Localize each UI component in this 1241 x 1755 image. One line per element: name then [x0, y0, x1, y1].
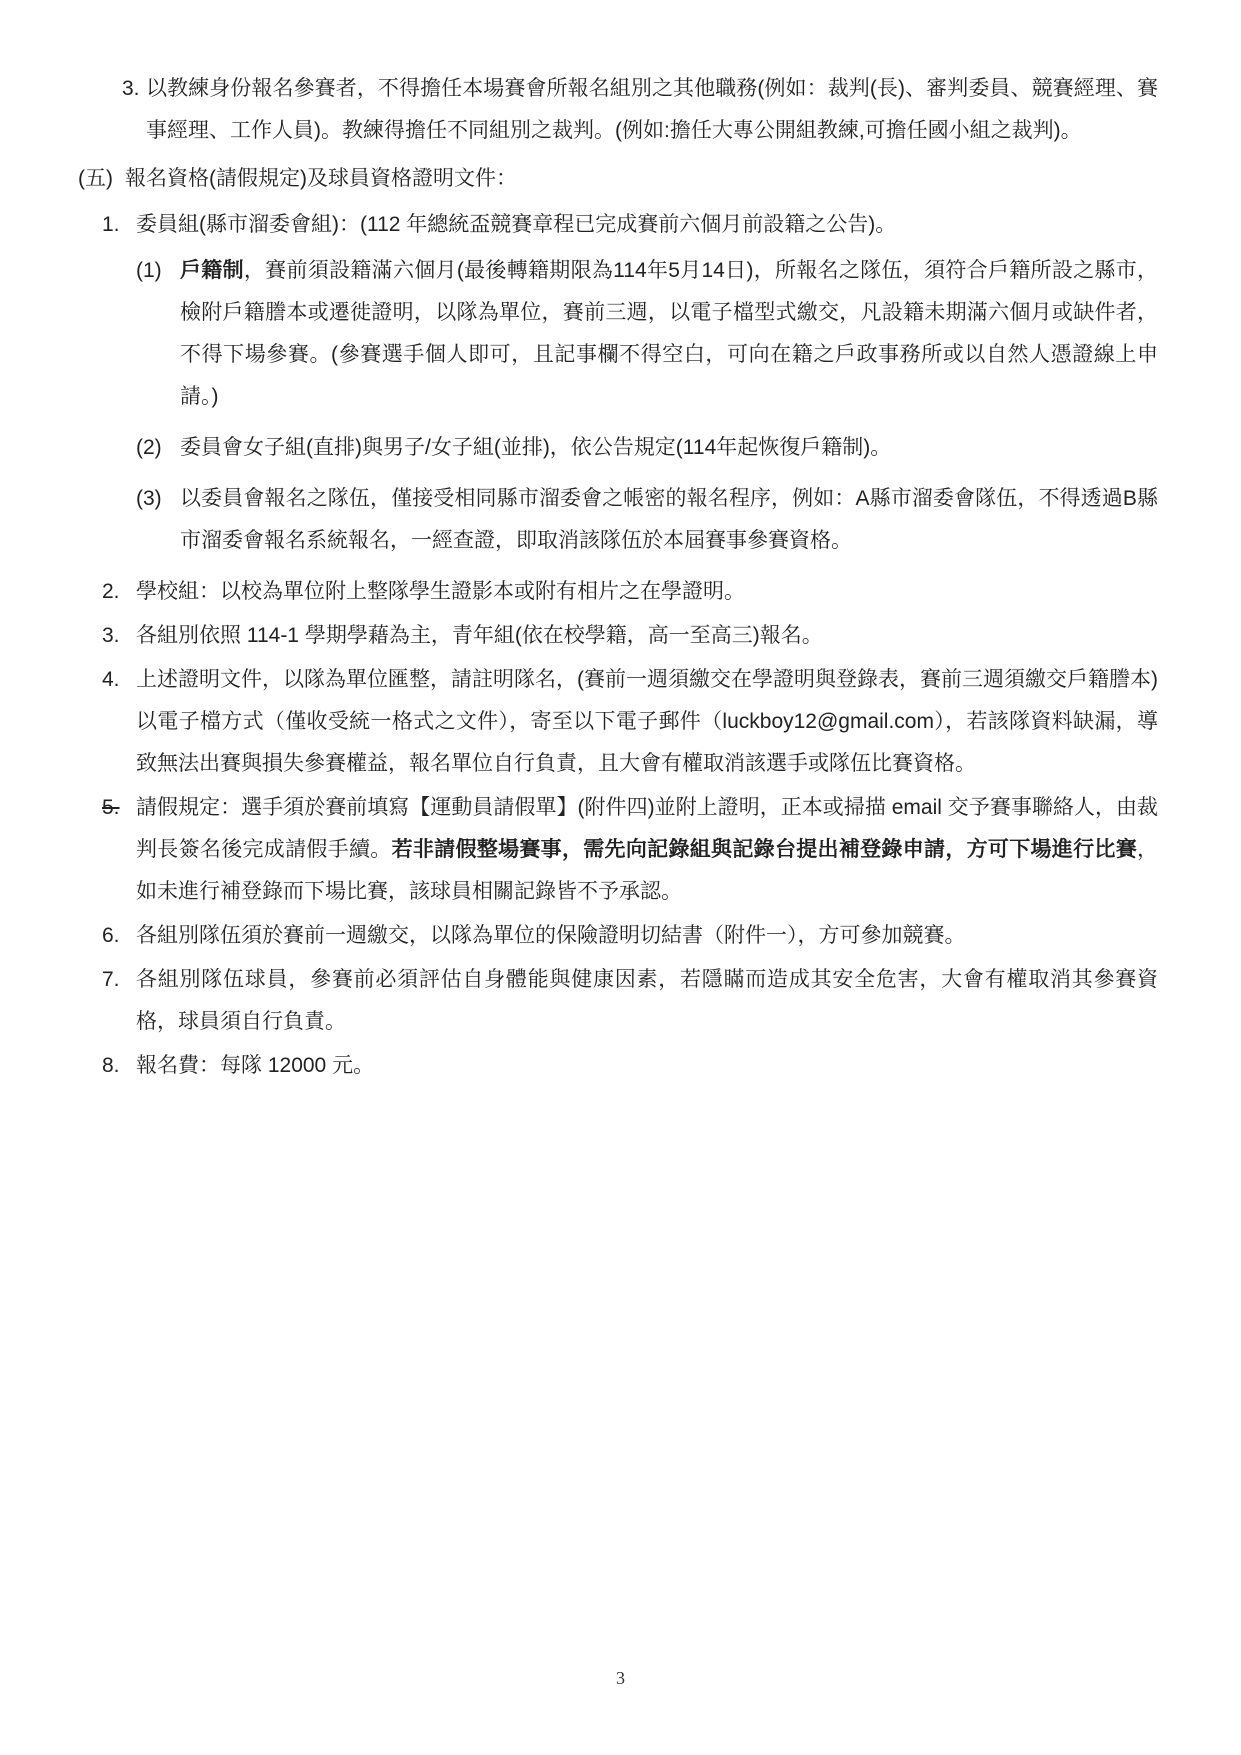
list-item-5: 5. 請假規定：選手須於賽前填寫【運動員請假單】(附件四)並附上證明，正本或掃描… [102, 787, 1158, 913]
item-2-text: 學校組：以校為單位附上整隊學生證影本或附有相片之在學證明。 [136, 571, 1158, 613]
sub-item-1-bold-lead: 戶籍制 [180, 259, 244, 282]
section-marker: (五) [78, 158, 125, 200]
item-5-number-strikethrough: 5. [102, 787, 136, 829]
item-8-number: 8. [102, 1045, 136, 1087]
item-5-bold-run: 若非請假整場賽事，需先向記錄組與記錄台提出補登錄申請，方可下場進行比賽 [392, 838, 1137, 861]
sub-item-2-text: 委員會女子組(直排)與男子/女子組(並排)，依公告規定(114年起恢復戶籍制)。 [180, 427, 1158, 469]
list-item-1: 1. 委員組(縣市溜委會組)：(112 年總統盃競賽章程已完成賽前六個月前設籍之… [102, 204, 1158, 246]
item-7-number: 7. [102, 959, 136, 1001]
sub-item-2-number: (2) [136, 427, 180, 469]
item-1-number: 1. [102, 204, 136, 246]
sub-item-3-number: (3) [136, 478, 180, 520]
list-item-coach-rule: 3. 以教練身份報名參賽者，不得擔任本場賽會所報名組別之其他職務(例如：裁判(長… [122, 68, 1158, 152]
item-6-text: 各組別隊伍須於賽前一週繳交，以隊為單位的保險證明切結書（附件一），方可參加競賽。 [136, 915, 1158, 957]
item-3-number: 3. [102, 615, 136, 657]
page-number: 3 [0, 1668, 1241, 1689]
list-item-6: 6. 各組別隊伍須於賽前一週繳交，以隊為單位的保險證明切結書（附件一），方可參加… [102, 915, 1158, 957]
sub-item-1-text: 戶籍制，賽前須設籍滿六個月(最後轉籍期限為114年5月14日)，所報名之隊伍，須… [180, 250, 1158, 418]
sub-item-1-number: (1) [136, 250, 180, 292]
list-item-7: 7. 各組別隊伍球員，參賽前必須評估自身體能與健康因素，若隱瞞而造成其安全危害，… [102, 959, 1158, 1043]
document-page: 3. 以教練身份報名參賽者，不得擔任本場賽會所報名組別之其他職務(例如：裁判(長… [0, 0, 1241, 1755]
item-number: 3. [122, 68, 146, 110]
item-4-text: 上述證明文件，以隊為單位匯整，請註明隊名，(賽前一週須繳交在學證明與登錄表，賽前… [136, 659, 1158, 785]
item-text: 以教練身份報名參賽者，不得擔任本場賽會所報名組別之其他職務(例如：裁判(長)、審… [146, 68, 1158, 152]
list-item-4: 4. 上述證明文件，以隊為單位匯整，請註明隊名，(賽前一週須繳交在學證明與登錄表… [102, 659, 1158, 785]
document-body: 3. 以教練身份報名參賽者，不得擔任本場賽會所報名組別之其他職務(例如：裁判(長… [78, 68, 1158, 1087]
item-1-text: 委員組(縣市溜委會組)：(112 年總統盃競賽章程已完成賽前六個月前設籍之公告)… [136, 204, 1158, 246]
list-item-3: 3. 各組別依照 114-1 學期學藉為主，青年組(依在校學籍，高一至高三)報名… [102, 615, 1158, 657]
item-2-number: 2. [102, 571, 136, 613]
item-6-number: 6. [102, 915, 136, 957]
sub-item-1: (1) 戶籍制，賽前須設籍滿六個月(最後轉籍期限為114年5月14日)，所報名之… [136, 250, 1158, 418]
item-4-number: 4. [102, 659, 136, 701]
item-3-text: 各組別依照 114-1 學期學藉為主，青年組(依在校學籍，高一至高三)報名。 [136, 615, 1158, 657]
section-heading: (五) 報名資格(請假規定)及球員資格證明文件： [78, 158, 1158, 200]
item-7-text: 各組別隊伍球員，參賽前必須評估自身體能與健康因素，若隱瞞而造成其安全危害，大會有… [136, 959, 1158, 1043]
list-item-2: 2. 學校組：以校為單位附上整隊學生證影本或附有相片之在學證明。 [102, 571, 1158, 613]
sub-item-1-body: ，賽前須設籍滿六個月(最後轉籍期限為114年5月14日)，所報名之隊伍，須符合戶… [180, 259, 1158, 408]
item-8-text: 報名費：每隊 12000 元。 [136, 1045, 1158, 1087]
item-5-text: 請假規定：選手須於賽前填寫【運動員請假單】(附件四)並附上證明，正本或掃描 em… [136, 787, 1158, 913]
list-item-8: 8. 報名費：每隊 12000 元。 [102, 1045, 1158, 1087]
section-title: 報名資格(請假規定)及球員資格證明文件： [125, 158, 1158, 200]
sub-item-2: (2) 委員會女子組(直排)與男子/女子組(並排)，依公告規定(114年起恢復戶… [136, 427, 1158, 469]
sub-item-3-text: 以委員會報名之隊伍，僅接受相同縣市溜委會之帳密的報名程序，例如：A縣市溜委會隊伍… [180, 478, 1158, 562]
sub-item-3: (3) 以委員會報名之隊伍，僅接受相同縣市溜委會之帳密的報名程序，例如：A縣市溜… [136, 478, 1158, 562]
